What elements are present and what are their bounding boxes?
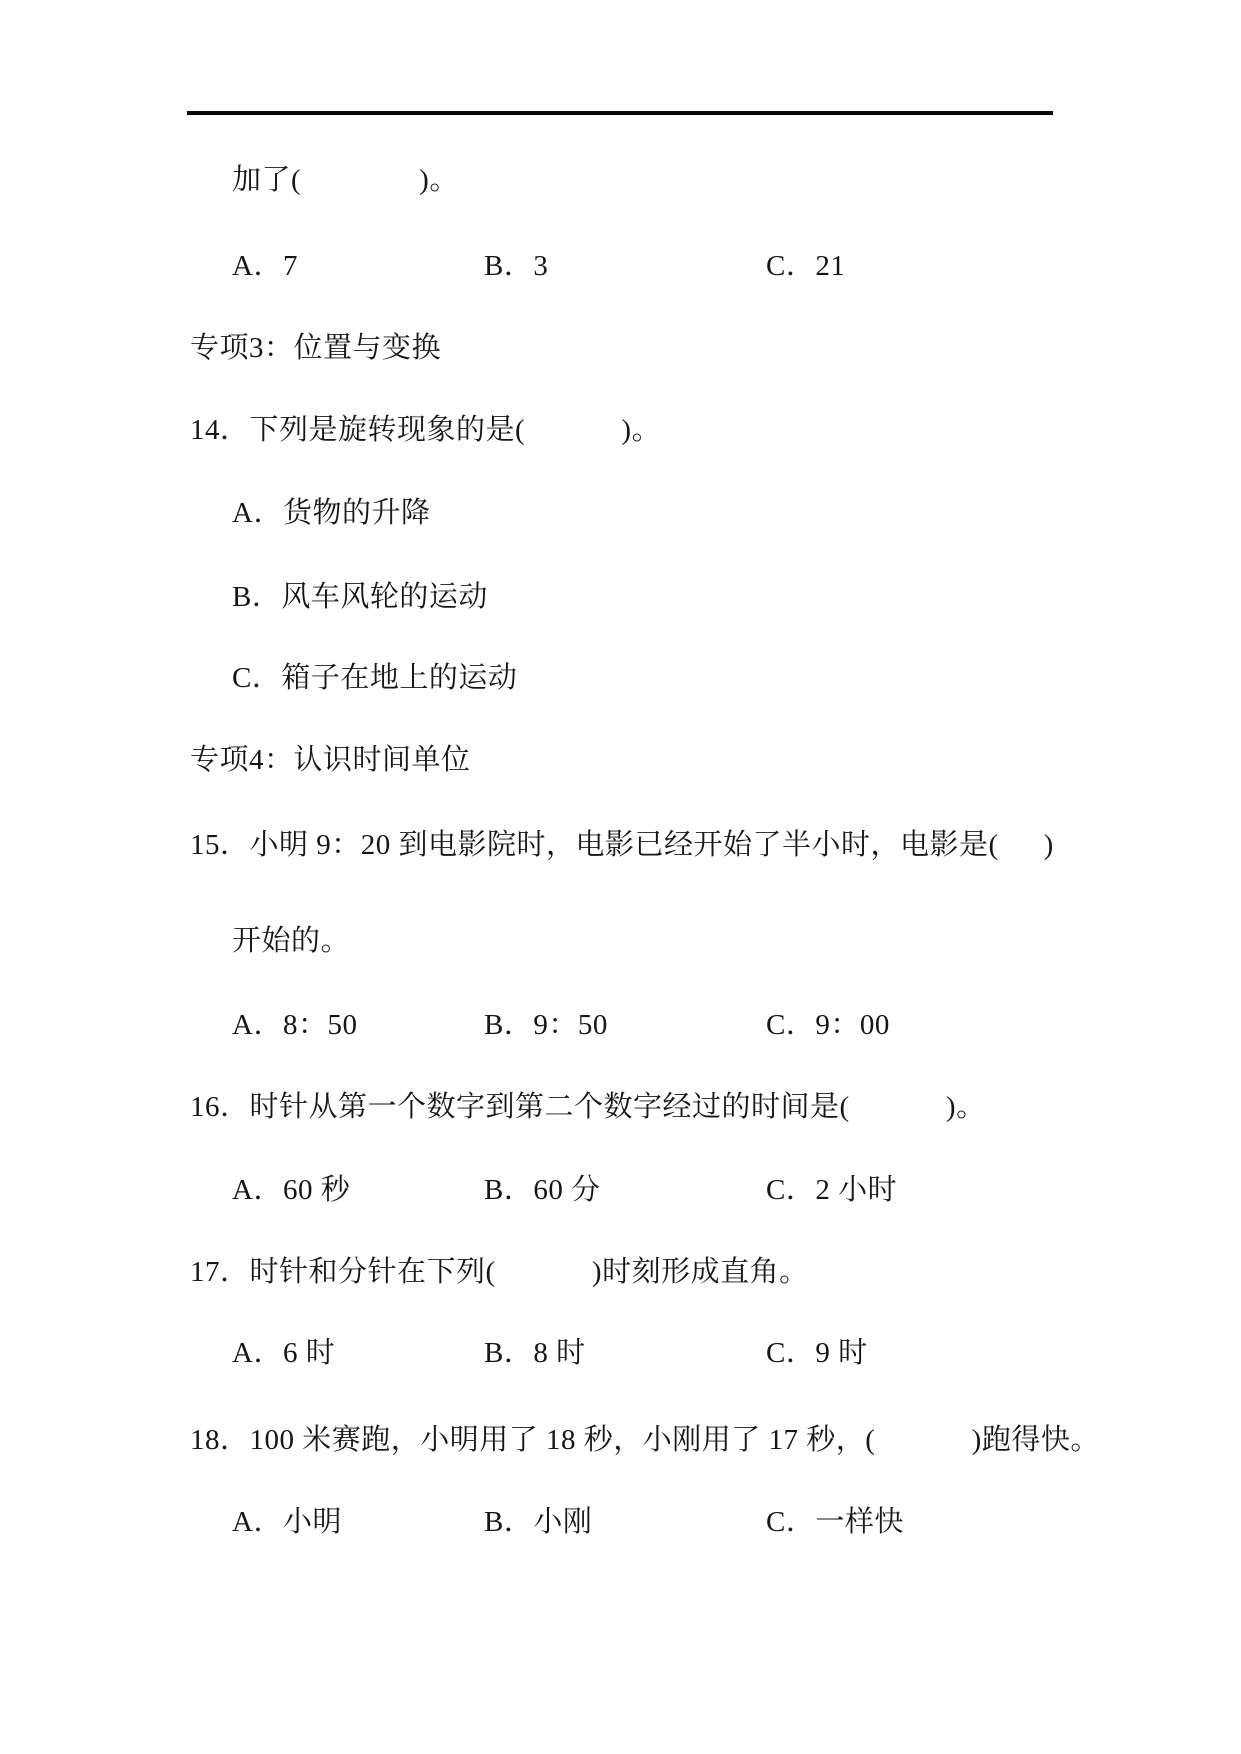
q13-option-a: A．7 [232, 246, 298, 286]
q17-options-row: A．6 时 B．8 时 C．9 时 [0, 1333, 1241, 1373]
q17-question-text: 17．时针和分针在下列( )时刻形成直角。 [190, 1252, 809, 1292]
q14-option-a: A．货物的升降 [232, 493, 430, 533]
q13-option-b: B．3 [484, 246, 548, 286]
q14-option-c: C．箱子在地上的运动 [232, 658, 517, 698]
q13-options-row: A．7 B．3 C．21 [0, 246, 1241, 286]
q15-option-a: A．8：50 [232, 1005, 357, 1045]
q17-option-a: A．6 时 [232, 1333, 335, 1373]
q18-option-c: C．一样快 [766, 1502, 904, 1542]
q14-question-text: 14．下列是旋转现象的是( )。 [190, 410, 661, 450]
q16-options-row: A．60 秒 B．60 分 C．2 小时 [0, 1170, 1241, 1210]
q16-option-a: A．60 秒 [232, 1170, 350, 1210]
q13-option-c: C．21 [766, 246, 845, 286]
q18-options-row: A．小明 B．小刚 C．一样快 [0, 1502, 1241, 1542]
q18-option-b: B．小刚 [484, 1502, 592, 1542]
section-4-title: 专项4：认识时间单位 [190, 740, 471, 780]
q15-options-row: A．8：50 B．9：50 C．9：00 [0, 1005, 1241, 1045]
q15-question-text: 15．小明 9：20 到电影院时，电影已经开始了半小时，电影是( ) [190, 825, 1054, 865]
q13-continuation-text: 加了( )。 [232, 160, 459, 200]
q15-option-b: B．9：50 [484, 1005, 608, 1045]
q14-option-b: B．风车风轮的运动 [232, 577, 488, 617]
q16-option-c: C．2 小时 [766, 1170, 897, 1210]
q17-option-b: B．8 时 [484, 1333, 586, 1373]
q17-option-c: C．9 时 [766, 1333, 868, 1373]
section-3-title: 专项3：位置与变换 [190, 328, 441, 368]
header-rule [187, 111, 1053, 115]
q16-question-text: 16．时针从第一个数字到第二个数字经过的时间是( )。 [190, 1087, 986, 1127]
q18-question-text: 18．100 米赛跑，小明用了 18 秒，小刚用了 17 秒，( )跑得快。 [190, 1420, 1100, 1460]
q18-option-a: A．小明 [232, 1502, 342, 1542]
q15-continuation-text: 开始的。 [232, 921, 350, 961]
q15-option-c: C．9：00 [766, 1005, 890, 1045]
document-page: 加了( )。 A．7 B．3 C．21 专项3：位置与变换 14．下列是旋转现象… [0, 0, 1241, 1754]
q16-option-b: B．60 分 [484, 1170, 601, 1210]
